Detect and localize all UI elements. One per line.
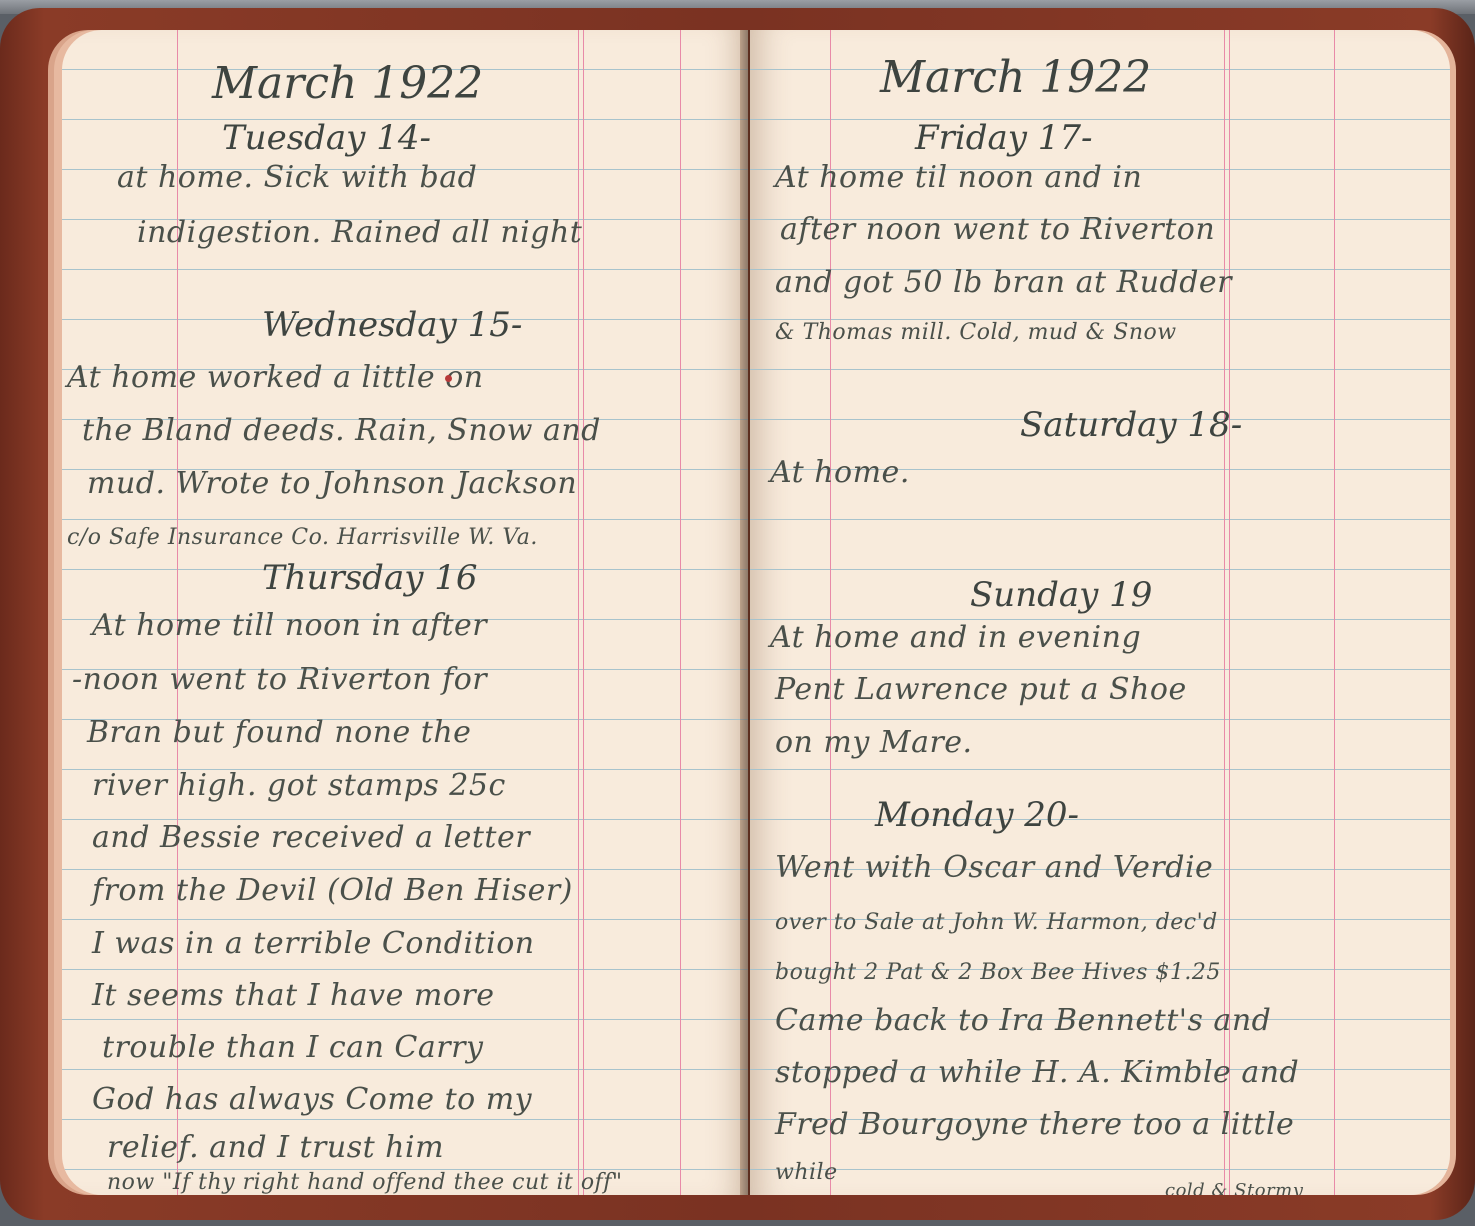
entry-line: indigestion. Rained all night [137, 215, 582, 250]
entry-line: At home til noon and in [775, 160, 1142, 195]
day-heading: Thursday 16 [262, 558, 478, 598]
entry-line: -noon went to Riverton for [72, 662, 487, 697]
entry-line: mud. Wrote to Johnson Jackson [87, 466, 577, 501]
entry-line: I was in a terrible Condition [92, 926, 535, 961]
entry-line: c/o Safe Insurance Co. Harrisville W. Va… [67, 525, 538, 550]
entry-line: Came back to Ira Bennett's and [775, 1003, 1271, 1038]
right-page: March 1922 Friday 17- At home til noon a… [750, 30, 1450, 1195]
entry-line: from the Devil (Old Ben Hiser) [92, 873, 573, 908]
entry-line: river high. got stamps 25c [92, 768, 506, 803]
entry-line: Bran but found none the [87, 715, 471, 750]
entry-line: the Bland deeds. Rain, Snow and [82, 413, 601, 448]
entry-line: Fred Bourgoyne there too a little [775, 1107, 1294, 1142]
entry-line: while [775, 1160, 838, 1185]
column-line [680, 30, 681, 1195]
month-header: March 1922 [212, 58, 483, 109]
entry-line: It seems that I have more [92, 978, 495, 1013]
entry-line: Pent Lawrence put a Shoe [775, 672, 1187, 707]
month-header: March 1922 [880, 52, 1151, 103]
entry-line: trouble than I can Carry [102, 1030, 483, 1065]
left-page: March 1922 Tuesday 14- at home. Sick wit… [62, 30, 748, 1195]
entry-line: relief. and I trust him [107, 1130, 444, 1165]
ink-spot [445, 375, 452, 382]
entry-line: & Thomas mill. Cold, mud & Snow [775, 320, 1177, 345]
column-line [578, 30, 579, 1195]
weather-note: cold & Stormy [1165, 1180, 1303, 1195]
entry-line: and Bessie received a letter [92, 820, 530, 855]
entry-line: At home worked a little on [67, 360, 484, 395]
column-line [1334, 30, 1335, 1195]
day-heading: Wednesday 15- [262, 305, 522, 345]
day-heading: Saturday 18- [1020, 405, 1242, 445]
entry-line: stopped a while H. A. Kimble and [775, 1055, 1299, 1090]
entry-line: at home. Sick with bad [117, 160, 477, 195]
day-heading: Tuesday 14- [222, 118, 431, 158]
entry-line: God has always Come to my [92, 1082, 532, 1117]
day-heading: Friday 17- [915, 118, 1093, 158]
entry-line: At home till noon in after [92, 608, 487, 643]
entry-line: bought 2 Pat & 2 Box Bee Hives $1.25 [775, 960, 1221, 985]
entry-line: At home and in evening [770, 620, 1141, 655]
day-heading: Monday 20- [875, 795, 1079, 835]
entry-line: after noon went to Riverton [780, 212, 1215, 247]
column-line [583, 30, 584, 1195]
entry-line: now "If thy right hand offend thee cut i… [107, 1170, 622, 1195]
entry-line: over to Sale at John W. Harmon, dec'd [775, 910, 1218, 935]
entry-line: Went with Oscar and Verdie [775, 850, 1213, 885]
day-heading: Sunday 19 [970, 575, 1152, 615]
entry-line: on my Mare. [775, 725, 973, 760]
entry-line: At home. [770, 455, 910, 490]
entry-line: and got 50 lb bran at Rudder [775, 265, 1232, 300]
